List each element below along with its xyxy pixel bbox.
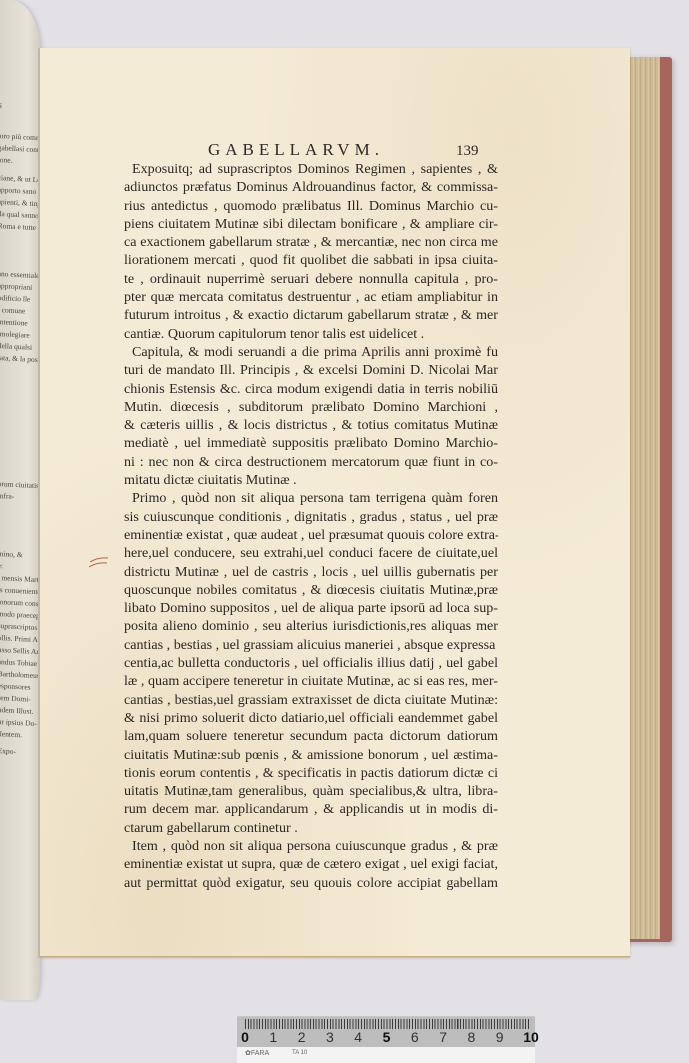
ruler-number: 8 [464,1029,478,1045]
left-page-text-fragment: e: [0,560,3,572]
ruler-number: 9 [493,1029,507,1045]
text-line: Item , quòd non sit aliqua persona cuius… [124,837,498,855]
text-line: te , ordinauit nuperrimè seruari debere … [124,270,498,288]
text-line: eminentiæ existat ut supra, quæ de cæter… [124,855,498,873]
text-line: liorationem mercati , quod fit quolibet … [124,251,498,269]
text-line: Primo , quòd non sit aliqua persona tam … [124,489,498,507]
text-line: Exposuitq; ad suprascriptos Dominos Regi… [124,160,498,178]
text-line: ctarum gabellarum continetur . [124,819,498,837]
ruler-number: 3 [323,1029,337,1045]
text-line: cantias , bestias , uel grassiam alicuiu… [124,636,498,654]
ruler-scale: 012345678910 [237,1017,535,1047]
left-page-text-fragment: llentem. [0,728,22,741]
text-line: adiunctos præfatus Dominus Aldrouandinus… [124,178,498,196]
text-line: chionis Estensis &c. circa modum exigend… [124,380,498,398]
text-line: libato Domino suppositos , uel de aliqua… [124,599,498,617]
ruler-number: 1 [266,1029,280,1045]
ruler-number: 7 [436,1029,450,1045]
text-block: Exposuitq; ad suprascriptos Dominos Regi… [124,160,498,892]
text-line: ciuitatis Mutinæ:sub pœnis , & amissione… [124,746,498,764]
left-page-text-fragment: S [0,100,2,112]
text-line: & cæteris uillis , & locis districtus , … [124,416,498,434]
text-line: rum decem mar. applicandarum , & applica… [124,800,498,818]
text-line: Mutin. diœcesis , subditorum prælibato D… [124,398,498,416]
text-line: piens ciuitatem Mutinæ sibi dilectam bon… [124,215,498,233]
running-head: GABELLARVM. [208,140,384,160]
text-line: mediatè , uel immediatè suppositis præli… [124,434,498,452]
text-line: rius antedictus , quomodo prælibatus Ill… [124,197,498,215]
left-page-text-fragment: Expo- [0,745,16,758]
text-line: ca exactionem gabellarum stratæ , & merc… [124,233,498,251]
left-page-text-fragment: lata, & la possibil [0,352,40,367]
page-number: 139 [456,143,479,160]
scale-ruler: 012345678910 ✿FARA TA 10 [237,1016,535,1063]
text-line: & nisi primo soluerit dicto datiario,uel… [124,709,498,727]
ruler-number: 4 [351,1029,365,1045]
left-page-text-fragment: Roma e tutte tele [0,220,40,235]
ruler-number: 10 [521,1029,541,1045]
left-page-text-fragment: ione. [0,154,13,167]
text-line: centia,ac bulletta conductoris , uel off… [124,654,498,672]
text-line: uitatis Mutinæ,tam generalibus, quàm spe… [124,782,498,800]
ruler-number: 2 [295,1029,309,1045]
text-line: Capitula, & modi seruandi a die prima Ap… [124,343,498,361]
ruler-model: TA 10 [292,1050,307,1056]
ruler-number: 0 [238,1029,252,1045]
text-line: futurum introitus , & exactio dictarum g… [124,306,498,324]
ruler-brand: ✿FARA [245,1049,269,1057]
margin-annotation-mark [88,556,110,570]
text-line: eminentiæ existat , quæ audeat , uel præ… [124,526,498,544]
ruler-number: 5 [380,1029,394,1045]
text-line: cantiæ. Quorum capitulorum tenor talis e… [124,325,498,343]
text-line: districtu Mutinæ , uel de castris , loci… [124,563,498,581]
text-line: quoscunque nobiles comitatus , & diœcesi… [124,581,498,599]
text-line: aut permittat quòd exigatur, seu quouis … [124,874,498,892]
text-line: cantias , bestias,uel grassiam extraxiss… [124,691,498,709]
text-line: pter quæ mercata comitatus destruentur ,… [124,288,498,306]
text-line: posita alieno dominio , seu alterius iur… [124,617,498,635]
text-line: mitatu dictæ ciuitatis Mutinæ . [124,471,498,489]
text-line: tionis eorum contentis , & specificatis … [124,764,498,782]
text-line: sis cuiuscunque conditionis , dignitatis… [124,508,498,526]
left-page-text-fragment: infra- [0,490,15,503]
ruler-number: 6 [408,1029,422,1045]
text-line: læ , quam accipere teneretur in ciuitate… [124,672,498,690]
text-line: here,uel conducere, seu extrahi,uel cond… [124,544,498,562]
text-line: turi de mandato Ill. Principis , & excel… [124,361,498,379]
ruler-ticks [245,1019,531,1029]
left-page-edge: Sloro più commodigabellasi contra,ione.c… [0,0,40,1000]
text-line: ni : nec non & circa destructionem merca… [124,453,498,471]
text-line: lam,quam soluere teneretur secundum pact… [124,727,498,745]
